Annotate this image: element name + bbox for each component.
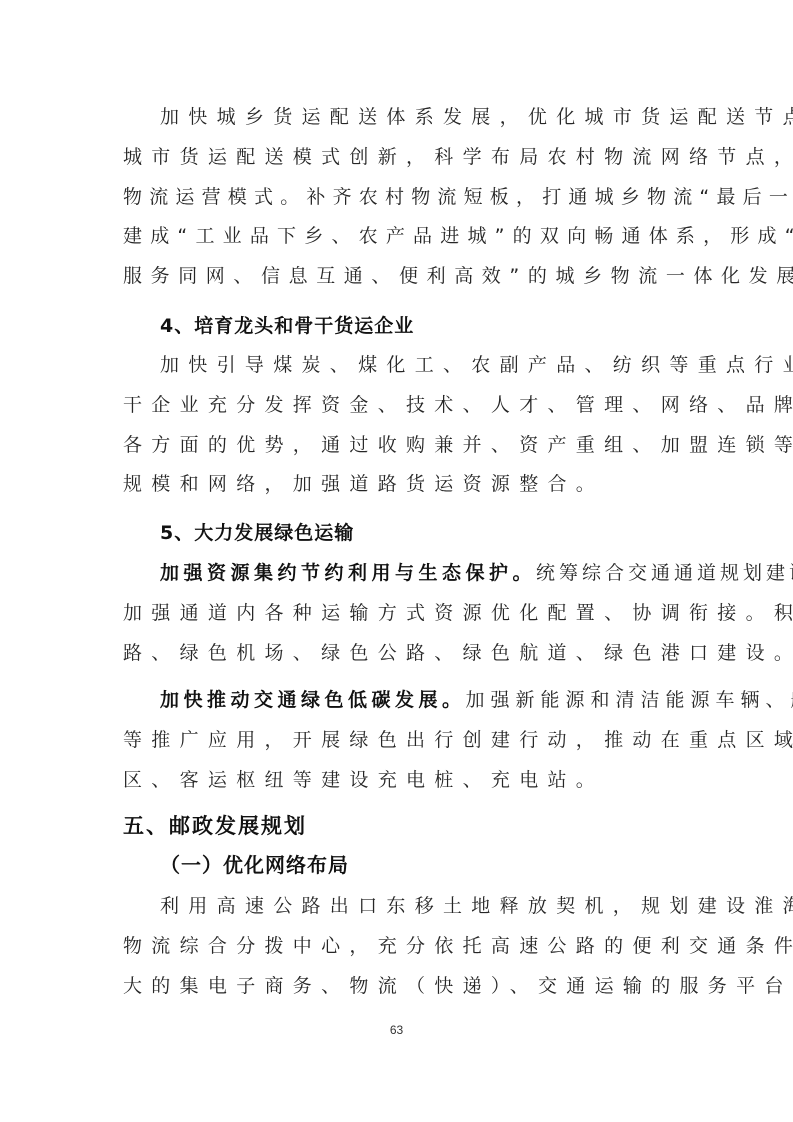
- subheading-green-transport: 5、大力发展绿色运输: [160, 521, 354, 545]
- text-line: 加快城乡货运配送体系发展，优化城市货运配送节点网络，鼓励: [160, 105, 720, 129]
- text-line: 服务同网、信息互通、便利高效”的城乡物流一体化发展新格局。: [123, 264, 683, 288]
- bold-lead-text: 加强资源集约节约利用与生态保护。: [160, 562, 536, 584]
- text-line: 干企业充分发挥资金、技术、人才、管理、网络、品牌、货源组织等: [123, 393, 683, 417]
- text-line: 物流运营模式。补齐农村物流短板，打通城乡物流“最后一公里”瓶颈，: [123, 185, 683, 209]
- section-heading-postal-plan: 五、邮政发展规划: [123, 814, 307, 838]
- subheading-cultivate-enterprises: 4、培育龙头和骨干货运企业: [160, 314, 414, 338]
- page-number: 63: [0, 1023, 793, 1037]
- text-line: 加强资源集约节约利用与生态保护。统筹综合交通通道规划建设，: [160, 561, 720, 585]
- text-line: 加强通道内各种运输方式资源优化配置、协调衔接。积极推进绿色铁: [123, 601, 683, 625]
- text-line: 等推广应用，开展绿色出行创建行动，推动在重点区域高速公路服务: [123, 728, 683, 752]
- text-line: 物流综合分拨中心，充分依托高速公路的便利交通条件，形成皖北较: [123, 934, 683, 958]
- subsection-heading-network-layout: （一）优化网络布局: [160, 853, 349, 877]
- text-line: 各方面的优势，通过收购兼并、资产重组、加盟连锁等方式拓展经营: [123, 433, 683, 457]
- text-line: 利用高速公路出口东移土地释放契机，规划建设淮海经济区快递: [160, 894, 720, 918]
- text-line: 加快推动交通绿色低碳发展。加强新能源和清洁能源车辆、船舶: [160, 688, 720, 712]
- text-line: 区、客运枢纽等建设充电桩、充电站。: [123, 768, 683, 792]
- lead-rest-text: 加强新能源和清洁能源车辆、船舶: [466, 689, 793, 711]
- text-line: 路、绿色机场、绿色公路、绿色航道、绿色港口建设。: [123, 641, 683, 665]
- text-line: 规模和网络，加强道路货运资源整合。: [123, 472, 683, 496]
- text-line: 建成“工业品下乡、农产品进城”的双向畅通体系，形成“资源共享、: [123, 224, 683, 248]
- text-line: 加快引导煤炭、煤化工、农副产品、纺织等重点行业的龙头和骨: [160, 353, 720, 377]
- text-line: 城市货运配送模式创新，科学布局农村物流网络节点，合理选择农村: [123, 145, 683, 169]
- bold-lead-text: 加快推动交通绿色低碳发展。: [160, 689, 466, 711]
- lead-rest-text: 统筹综合交通通道规划建设，: [536, 562, 793, 584]
- document-page: 加快城乡货运配送体系发展，优化城市货运配送节点网络，鼓励 城市货运配送模式创新，…: [0, 0, 793, 1122]
- text-line: 大的集电子商务、物流（快递）、交通运输的服务平台，持续推进和: [123, 974, 683, 998]
